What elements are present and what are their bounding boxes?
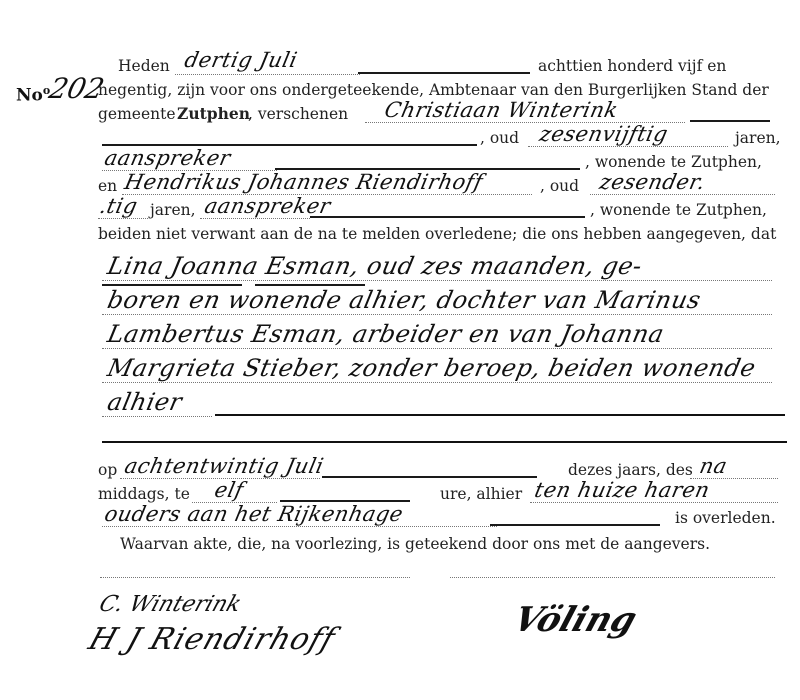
blank-rule — [102, 441, 787, 443]
line-10: boren en wonende alhier, dochter van Mar… — [0, 288, 800, 318]
printed-ure-alhier: ure, alhier — [440, 484, 522, 504]
death-hour: elf — [212, 478, 246, 502]
handwritten-date: dertig Juli — [182, 48, 299, 72]
printed-year: achttien honderd vijf en — [538, 56, 726, 76]
declarant-2-occupation: aanspreker — [202, 194, 333, 218]
printed-en: en — [98, 176, 117, 196]
deceased-details-4: Margrieta Stieber, zonder beroep, beiden… — [105, 356, 757, 380]
dotted-field — [102, 314, 772, 315]
deceased-details-1: Lina Joanna Esman, oud zes maanden, ge- — [105, 254, 644, 278]
time-of-day: na — [697, 454, 729, 478]
printed-oud: , oud — [480, 128, 519, 148]
dotted-field — [590, 194, 775, 195]
declarant-2-age-part1: zesender. — [597, 170, 707, 194]
signature-line-official — [450, 577, 775, 578]
fill-rule — [215, 414, 785, 416]
printed-verschenen: , verschenen — [248, 104, 348, 124]
fill-rule — [690, 120, 770, 122]
printed-wonende: , wonende te Zutphen, — [590, 200, 767, 220]
signature-declarant-2: H J Riendirhoff — [84, 622, 340, 657]
dotted-field — [175, 74, 360, 75]
signature-line-declarants — [100, 577, 410, 578]
line-8: beiden niet verwant aan de na te melden … — [0, 220, 800, 250]
dotted-field — [528, 146, 728, 147]
dotted-field — [102, 526, 497, 527]
printed-jaren: jaren, — [735, 128, 781, 148]
declarant-2-name: Hendrikus Johannes Riendirhoff — [122, 170, 485, 194]
line-17: Waarvan akte, die, na voorlezing, is get… — [0, 528, 800, 558]
dotted-field — [102, 382, 772, 383]
fill-rule — [358, 72, 530, 74]
printed-heden: Heden — [118, 56, 170, 76]
deceased-details-2: boren en wonende alhier, dochter van Mar… — [105, 288, 703, 312]
line-9: Lina Joanna Esman, oud zes maanden, ge- — [0, 254, 800, 284]
printed-middags: middags, te — [98, 484, 190, 504]
death-date: achtentwintig Juli — [122, 454, 326, 478]
declarant-1-name: Christiaan Winterink — [382, 98, 620, 122]
printed-oud: , oud — [540, 176, 579, 196]
fill-rule — [490, 524, 660, 526]
dotted-field — [102, 280, 772, 281]
dotted-field — [98, 218, 148, 219]
printed-gemeente: gemeente — [98, 104, 176, 124]
printed-is-overleden: is overleden. — [675, 508, 776, 528]
signature-official: Völing — [509, 600, 642, 640]
printed-wonende: , wonende te Zutphen, — [585, 152, 762, 172]
printed-text: negentig, zijn voor ons ondergeteekende,… — [98, 80, 769, 100]
line-11: Lambertus Esman, arbeider en van Johanna — [0, 322, 800, 352]
municipality-name: Zutphen — [177, 104, 250, 124]
declarant-1-age: zesenvijftig — [537, 122, 670, 146]
line-13: alhier — [0, 390, 800, 420]
dotted-field — [200, 218, 310, 219]
line-12: Margrieta Stieber, zonder beroep, beiden… — [0, 356, 800, 386]
printed-op: op — [98, 460, 117, 480]
fill-rule — [310, 216, 585, 218]
printed-text: beiden niet verwant aan de na te melden … — [98, 224, 776, 244]
printed-closing: Waarvan akte, die, na voorlezing, is get… — [120, 534, 710, 554]
printed-jaren: jaren, — [150, 200, 196, 220]
dotted-field — [102, 348, 772, 349]
death-place-1: ten huize haren — [532, 478, 712, 502]
deceased-details-5: alhier — [105, 390, 184, 414]
signature-declarant-1: C. Winterink — [96, 592, 245, 617]
death-place-2: ouders aan het Rijkenhage — [102, 502, 405, 526]
declarant-1-occupation: aanspreker — [102, 146, 233, 170]
dotted-field — [102, 416, 212, 417]
declarant-2-age-part2: .tig — [97, 194, 139, 218]
deceased-details-3: Lambertus Esman, arbeider en van Johanna — [105, 322, 666, 346]
printed-dezes-jaars: dezes jaars, des — [568, 460, 693, 480]
